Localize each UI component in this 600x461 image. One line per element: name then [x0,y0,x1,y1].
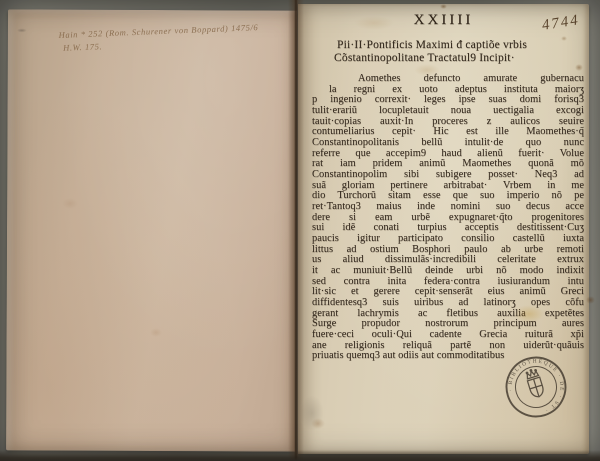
book-scan: Hain * 252 (Rom. Schurener von Boppard) … [0,0,600,461]
pencil-smudge [17,28,27,32]
heading-line: Cõstantinopolitane Tractatul9 Incipit· [334,52,582,65]
incipit-heading: Pii·II·Pontificis Maximi đ captiõe vrbis… [334,39,582,64]
handwritten-catalog-note: Hain * 252 (Rom. Schurener von Boppard) … [58,21,259,55]
left-page: Hain * 252 (Rom. Schurener von Boppard) … [6,9,297,451]
book-edge-shadow [0,450,600,461]
stamp-shield-icon [527,377,545,398]
printed-text-block: Aomethes defuncto amurate gubernacula re… [312,74,584,362]
heading-line: Pii·II·Pontificis Maximi đ captiõe vrbis [334,39,582,52]
stamp-crown-icon [525,368,538,379]
right-page: XXIIII 4744 Pii·II·Pontificis Maximi đ c… [298,4,589,454]
gutter-shadow [288,0,304,461]
